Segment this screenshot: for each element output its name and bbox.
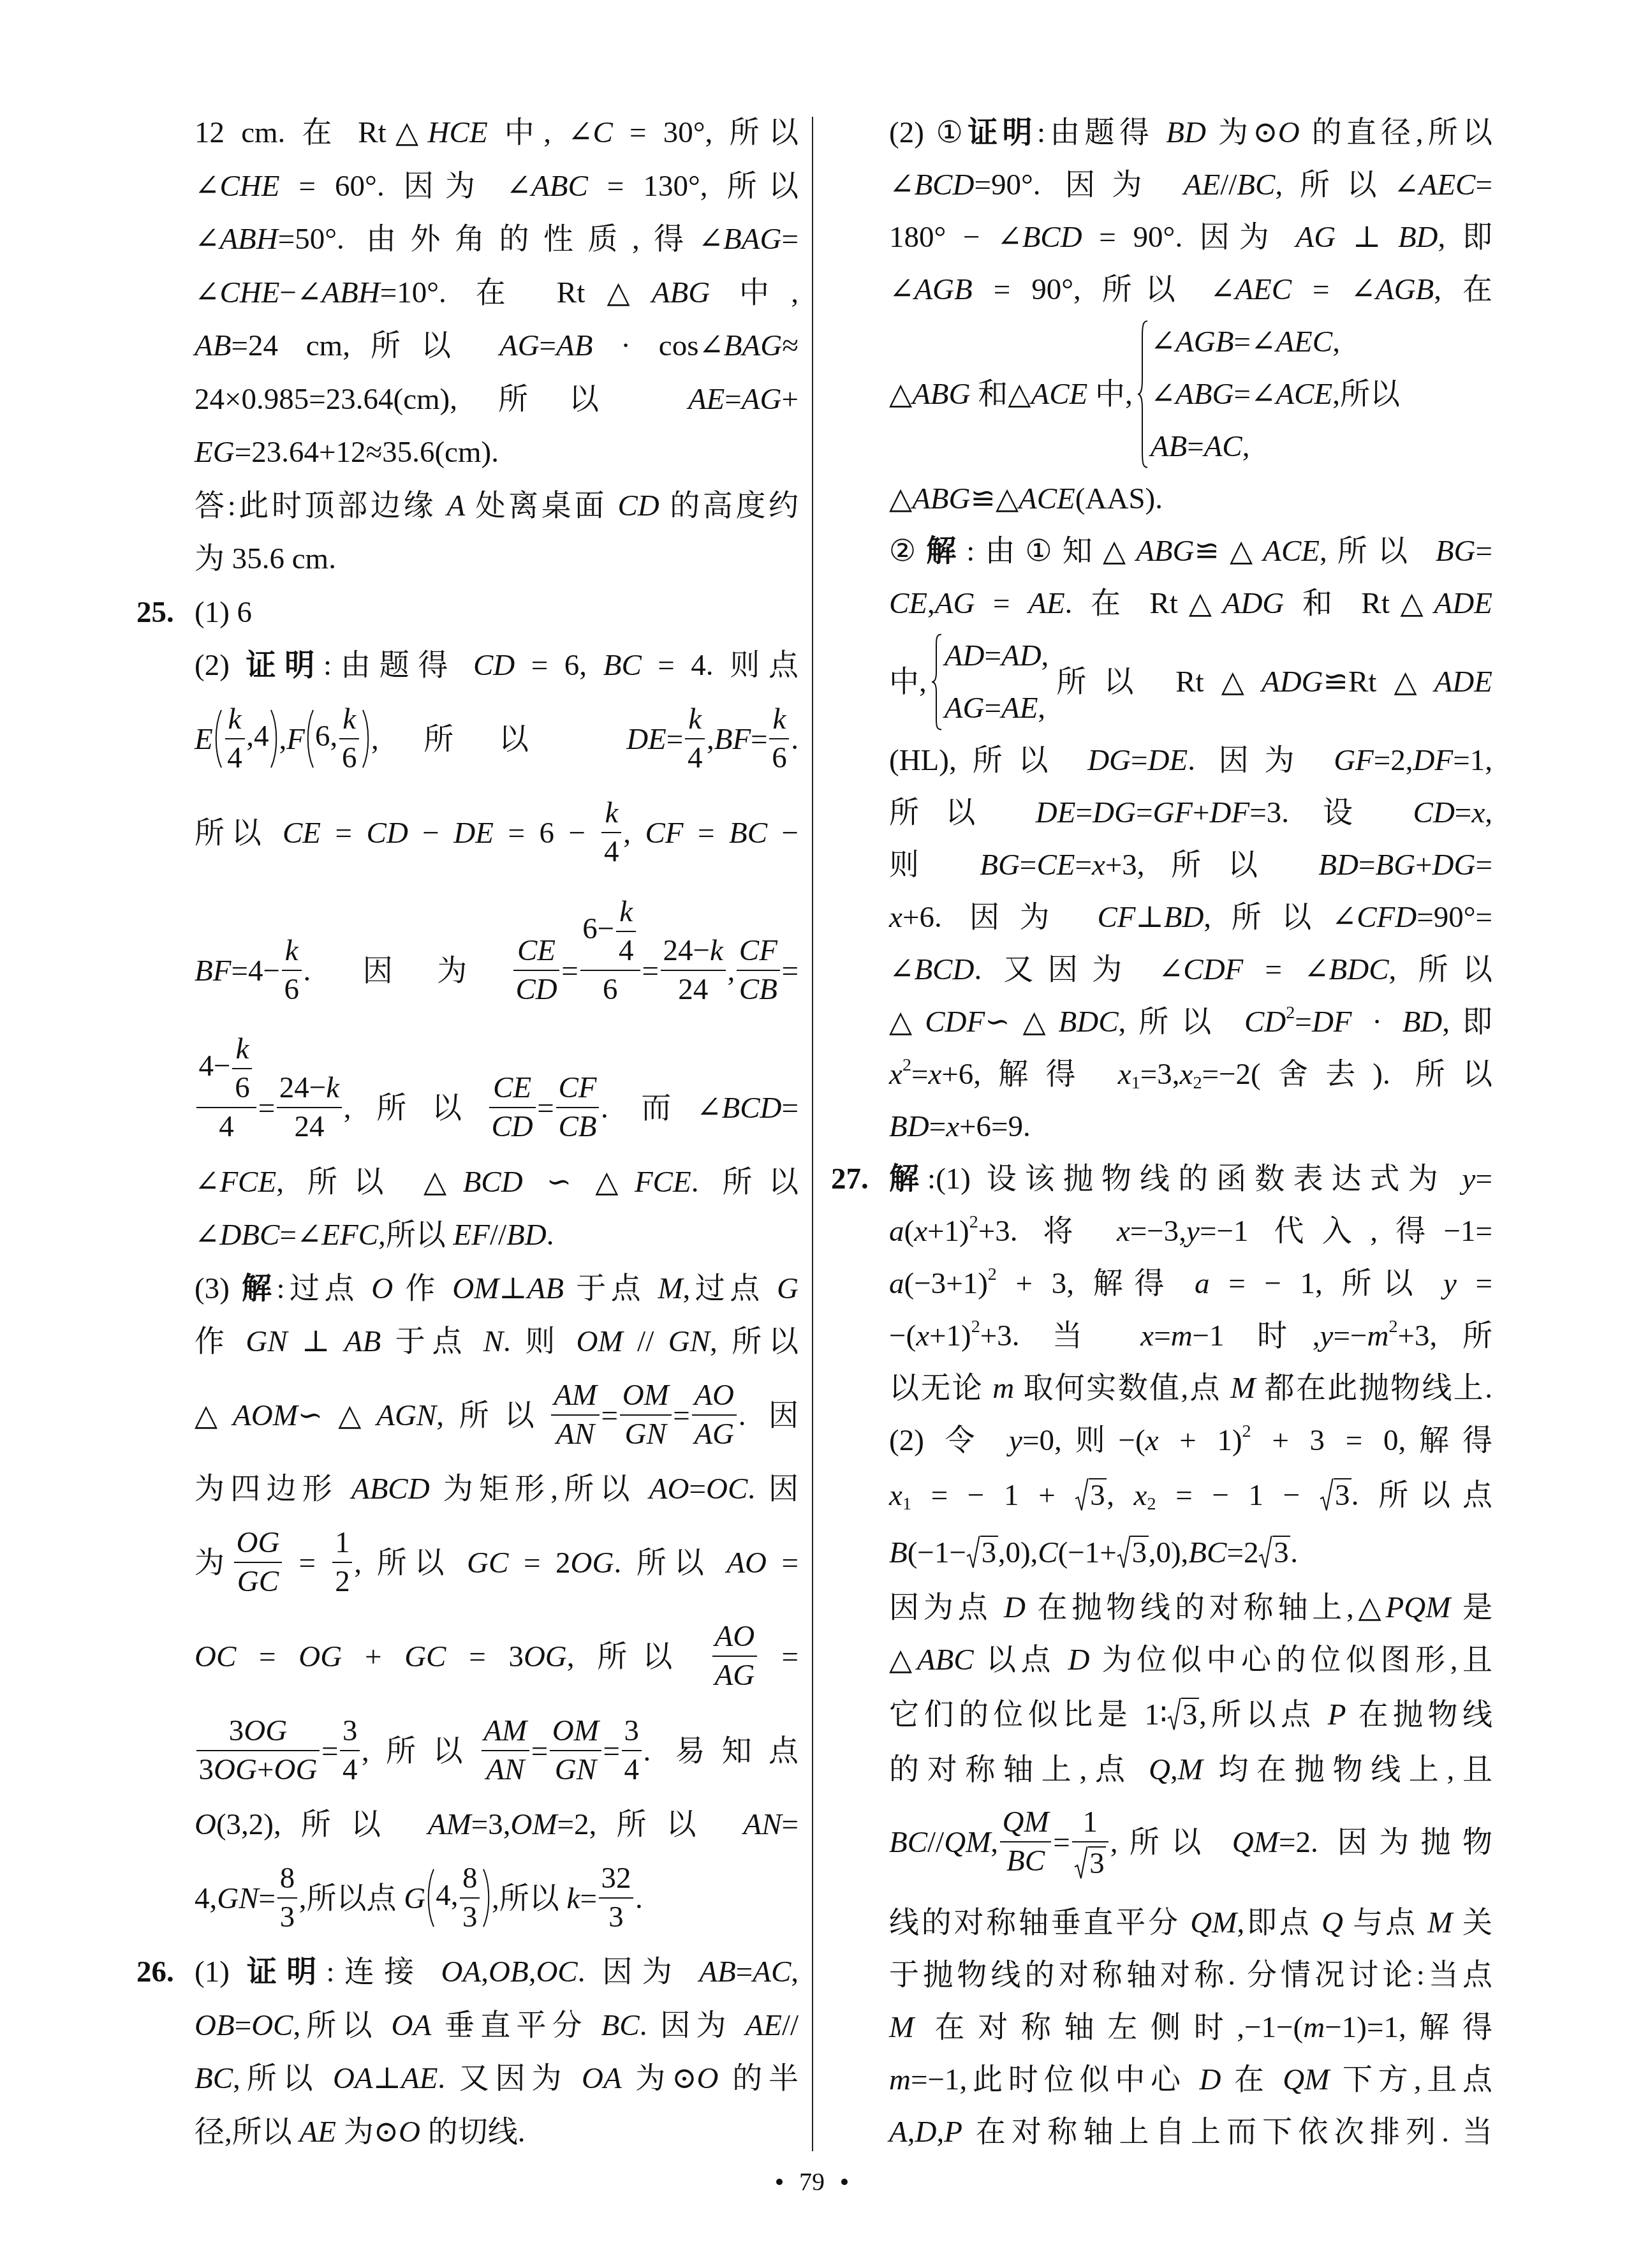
text-run: 线的对称轴垂直平分 <box>889 1906 1190 1939</box>
text-run: = <box>1053 1826 1070 1859</box>
text-run: =2. 因为抛物 <box>1279 1826 1492 1859</box>
math-variable: AOM <box>233 1399 298 1432</box>
equation-system: 中,AD=AD,AG=AE,所以 Rt△ADG≌Rt△ADE <box>889 630 1492 734</box>
text-run: 3 <box>280 1901 295 1934</box>
math-variable: BCD <box>914 953 974 986</box>
text-line: 180° − ∠BCD = 90°. 因为 AG ⊥ BD, 即 <box>889 211 1492 263</box>
math-variable: CD <box>367 817 408 850</box>
fraction: 6−k46 <box>580 897 640 1005</box>
text-run: = ∠ <box>1243 953 1329 986</box>
left-brace-icon <box>931 634 943 730</box>
parenthesized-group: 6,k6 <box>305 704 371 773</box>
text-run: = <box>259 1882 276 1915</box>
text-run: = <box>1457 1267 1492 1300</box>
text-line: 4,GN=83,所以点 G4,83,所以 k=323. <box>195 1852 799 1946</box>
math-variable: OC <box>251 2009 293 2042</box>
math-variable: O <box>399 2116 420 2149</box>
text-run: = <box>642 954 659 988</box>
text-run: , 所以 △ <box>276 1166 462 1199</box>
text-line: x2=x+6,解得 x1=3,x2=−2(舍去). 所以 <box>889 1048 1492 1101</box>
fraction-numerator: 8 <box>460 1864 480 1897</box>
radical-sign-icon <box>1320 1478 1334 1511</box>
text-run: + <box>1193 796 1210 829</box>
math-variable: AD <box>945 639 985 672</box>
math-variable: CF <box>739 934 777 967</box>
radical-sign-icon <box>1074 1846 1088 1879</box>
math-variable: CDF <box>925 1005 985 1039</box>
text-run: = <box>580 1882 597 1915</box>
fraction-denominator: GN <box>552 1751 599 1785</box>
text-run: ,4 <box>246 720 269 753</box>
subscript: 2 <box>1193 1073 1202 1093</box>
math-variable: A <box>889 2116 908 2149</box>
text-run: + <box>1415 849 1432 882</box>
math-variable: ACE <box>1031 378 1087 411</box>
fraction: 34 <box>622 1716 642 1785</box>
fraction-denominator: AG <box>712 1657 757 1691</box>
text-run: 8 <box>280 1862 295 1895</box>
right-paren-icon <box>269 709 279 769</box>
text-run: ⊥ <box>373 2062 401 2095</box>
text-run: 在抛物线 <box>1346 1698 1492 1731</box>
superscript: 2 <box>902 1055 911 1075</box>
text-run: = <box>531 1735 548 1768</box>
fraction-numerator: OM <box>550 1716 601 1750</box>
fraction-denominator: 4 <box>601 833 621 867</box>
text-run: (2) ① <box>889 116 968 149</box>
text-run: // <box>490 1219 506 1252</box>
text-line: △ABC 以点 D 为位似中心的位似图形,且 <box>889 1634 1492 1686</box>
text-run: , <box>990 1826 998 1859</box>
math-variable: BG <box>980 849 1020 882</box>
text-run: 4 <box>688 741 703 775</box>
text-run: 下方,且点 <box>1329 2063 1492 2096</box>
text-run: =90°. 因为 <box>974 168 1183 202</box>
fraction-denominator: AN <box>554 1416 597 1449</box>
text-run: 6− <box>582 912 614 945</box>
math-variable: k <box>228 702 242 736</box>
text-run: (2) 令 <box>889 1424 1009 1457</box>
math-variable: CD <box>617 489 659 523</box>
text-run: ,所以∠ <box>1275 168 1418 202</box>
radical-sign-icon <box>1075 1478 1089 1511</box>
math-variable: AG <box>694 1418 734 1451</box>
text-line: (3) 解:过点 O 作 OM⊥AB 于点 M,过点 G <box>195 1263 799 1316</box>
math-variable: AB <box>344 1325 381 1358</box>
text-run: =24 cm,所以 <box>231 329 499 362</box>
text-run: 所以 Rt△ <box>1056 665 1262 699</box>
system-row: AB=AC, <box>1151 420 1400 473</box>
fraction-numerator: 1 <box>1080 1807 1100 1841</box>
text-line: Ek4,4,F6,k6,所以 DE=k4,BF=k6. <box>195 693 799 787</box>
fraction: 323 <box>599 1864 634 1932</box>
math-variable: k <box>235 1032 249 1065</box>
text-run: = ∠ <box>1292 273 1376 306</box>
text-run: = <box>236 1640 298 1673</box>
math-variable: BCD <box>1022 221 1082 254</box>
text-run: , <box>481 1955 489 1989</box>
text-run: 在对称轴左侧时,−1−( <box>914 2011 1303 2044</box>
math-variable: OA <box>441 1955 482 1989</box>
text-run: . 而∠ <box>601 1092 721 1125</box>
math-variable: ABG <box>652 276 710 309</box>
text-run: 24− <box>663 934 710 967</box>
fraction: OMGN <box>550 1716 601 1785</box>
system-lead-text: △ABG 和△ACE 中, <box>889 368 1133 420</box>
text-run: =2,所以 <box>557 1808 744 1841</box>
text-run: ∽ △ <box>523 1166 635 1199</box>
math-variable: AGB <box>1376 273 1434 306</box>
math-variable: m <box>992 1372 1014 1405</box>
math-variable: BC <box>603 649 642 682</box>
fraction-numerator: 8 <box>277 1864 297 1897</box>
text-run: ∠ <box>1151 378 1175 411</box>
text-line: 4−k64=24−k24,所以CECD=CFCB. 而∠BCD= <box>195 1018 799 1156</box>
text-run: 4, <box>195 1882 217 1915</box>
math-variable: D <box>915 2116 936 2149</box>
math-variable: GN <box>217 1882 258 1915</box>
text-run: :由①知△ <box>966 535 1136 568</box>
fraction-denominator: 3 <box>1072 1842 1108 1879</box>
math-variable: D <box>1199 2063 1221 2096</box>
text-run: =2, <box>1374 744 1413 777</box>
math-variable: BC <box>729 817 767 850</box>
radicand: 3 <box>1334 1478 1351 1511</box>
math-variable: AE <box>1028 587 1064 620</box>
text-run: // <box>927 1826 944 1859</box>
text-run: = <box>781 1092 799 1125</box>
text-line: 线的对称轴垂直平分 QM,即点 Q 与点 M 关 <box>889 1897 1492 1949</box>
parenthesized-group: 4,83 <box>425 1864 492 1932</box>
math-variable: BDC <box>1329 953 1389 986</box>
text-run: =0,则−( <box>1022 1424 1145 1457</box>
fraction-denominator: 4 <box>216 1108 236 1142</box>
text-line: 所以 CE = CD − DE = 6 − k4, CF = BC − <box>195 787 799 881</box>
text-line: 25.(1) 6 <box>195 586 799 640</box>
text-run: = <box>603 1735 620 1768</box>
text-line: CE,AG = AE. 在 Rt△ADG 和 Rt△ADE <box>889 577 1492 630</box>
text-run: =90°= <box>1417 901 1492 934</box>
math-variable: DF <box>1210 796 1250 829</box>
text-run: +1) <box>927 1215 969 1248</box>
math-variable: x <box>1471 796 1485 829</box>
text-run: (1) 6 <box>195 596 252 629</box>
text-run: 3 <box>342 1714 358 1747</box>
math-variable: BD <box>1398 221 1438 254</box>
fraction-denominator: 6 <box>600 971 620 1005</box>
text-run: =50°. 由外角的性质,得∠ <box>278 223 723 256</box>
fraction: 34 <box>340 1716 360 1785</box>
text-run: 中, ∠ <box>488 116 593 149</box>
text-run: = <box>1475 849 1492 882</box>
fraction-numerator: AO <box>692 1381 737 1414</box>
text-run: 于抛物线的对称轴对称. 分情况讨论:当点 <box>889 1959 1492 1992</box>
text-run: // <box>623 1325 668 1358</box>
text-run: . 在 Rt△ <box>1065 587 1223 620</box>
math-variable: x <box>889 1058 902 1091</box>
math-variable: BF <box>714 723 751 756</box>
math-variable: BDC <box>1059 1005 1119 1039</box>
fraction: 83 <box>277 1864 297 1932</box>
math-variable: x <box>946 1110 959 1143</box>
text-run: = 90°, 所以 ∠ <box>973 273 1235 306</box>
math-variable: ABH <box>321 276 379 309</box>
text-run: 3 <box>462 1901 478 1934</box>
math-variable: OM <box>552 1714 599 1747</box>
text-run: ∽△ <box>985 1005 1058 1039</box>
math-variable: M <box>889 2011 914 2044</box>
superscript: 2 <box>1388 1317 1397 1337</box>
text-run: (2) <box>195 649 246 682</box>
math-variable: OG <box>244 1714 287 1747</box>
square-root: 3 <box>1167 1698 1199 1731</box>
text-run: . 因为 <box>578 1955 700 1989</box>
superscript: 2 <box>1242 1421 1251 1441</box>
text-line: 于抛物线的对称轴对称. 分情况讨论:当点 <box>889 1949 1492 2001</box>
text-run: , 所以 <box>1389 953 1492 986</box>
radicand: 3 <box>1272 1536 1290 1569</box>
math-variable: a <box>889 1215 904 1248</box>
math-variable: x <box>1092 849 1105 882</box>
text-run: . 因 <box>739 1399 799 1432</box>
text-run: =3. 设 <box>1249 796 1413 829</box>
text-run: 3 <box>624 1714 640 1747</box>
text-run: 32 <box>601 1862 631 1895</box>
text-run: , <box>529 1955 536 1989</box>
page-number-dot-icon <box>776 2179 783 2185</box>
text-run: =10°. 在 Rt△ <box>380 276 652 309</box>
text-run: 因为点 <box>889 1591 1004 1624</box>
math-variable: P <box>944 2116 962 2149</box>
text-line: 为OGGC = 12, 所以 GC = 2OG. 所以 AO = <box>195 1516 799 1611</box>
math-variable: AO <box>649 1472 689 1506</box>
text-run: =3, <box>471 1808 511 1841</box>
math-variable: C <box>593 116 613 149</box>
text-run: . <box>547 1219 554 1252</box>
fraction-denominator: 6 <box>232 1069 252 1103</box>
text-run: ,所以 <box>362 1735 480 1768</box>
text-run: . 所以 <box>614 1546 726 1580</box>
math-variable: AO <box>694 1379 734 1412</box>
text-run: 径,所以 <box>195 2116 300 2149</box>
math-variable: x <box>889 1479 902 1512</box>
text-run: 24×0.985=23.64(cm),所以 <box>195 383 688 416</box>
text-run: , <box>707 723 714 756</box>
text-run: = <box>911 1058 929 1091</box>
text-run: 8 <box>462 1862 478 1895</box>
math-variable: ADE <box>1434 665 1492 699</box>
text-run: 的高度约 <box>659 489 799 523</box>
math-variable: CD <box>473 649 515 682</box>
text-line: a(x+1)2+3. 将 x=−3,y=−1 代入,得−1= <box>889 1205 1492 1257</box>
text-run: ,所以 <box>344 1092 487 1125</box>
text-run: =∠ <box>1233 325 1276 359</box>
fraction: 3OG3OG+OG <box>196 1716 320 1785</box>
math-variable: BC <box>1006 1844 1045 1878</box>
math-variable: GN <box>555 1753 596 1786</box>
text-run: . 因为 <box>640 2009 746 2042</box>
text-run: = <box>683 817 729 850</box>
text-line: (2) 证明:由题得 CD = 6, BC = 4. 则点 <box>195 639 799 693</box>
text-run: 中, <box>889 665 927 699</box>
math-variable: Q <box>1321 1906 1343 1939</box>
math-variable: BD <box>1402 1005 1443 1039</box>
text-run: = <box>1136 796 1153 829</box>
text-run: 中, <box>1087 378 1133 411</box>
math-variable: ABC <box>531 170 588 203</box>
math-variable: OM <box>452 1272 499 1305</box>
math-variable: CHE <box>219 170 279 203</box>
text-run: = 90°. 因为 <box>1082 221 1296 254</box>
text-run: = 3 <box>446 1640 523 1673</box>
fraction: CFCB <box>556 1073 600 1142</box>
math-variable: OA <box>392 2009 432 2042</box>
text-run: = <box>537 1092 554 1125</box>
text-run: = <box>929 1110 946 1143</box>
text-run: 的对称轴上,点 <box>889 1753 1149 1786</box>
text-run: 3 <box>229 1714 244 1747</box>
math-variable: ABH <box>219 223 277 256</box>
text-run: 12 cm. 在 Rt△ <box>195 116 428 149</box>
text-line: BD=x+6=9. <box>889 1101 1492 1153</box>
text-run: 6, <box>315 720 337 753</box>
text-run: 作 <box>393 1272 452 1305</box>
math-variable: x <box>1118 1058 1131 1091</box>
math-variable: k <box>619 895 633 928</box>
text-line: AB=24 cm,所以 AG=AB · cos∠BAG≈ <box>195 320 799 373</box>
fraction: 24−k24 <box>661 936 726 1005</box>
math-variable: BC <box>195 2062 233 2095</box>
text-line: ②解:由①知△ABG≌△ACE,所以 BG= <box>889 525 1492 577</box>
math-variable: k <box>342 702 356 736</box>
fraction-numerator: CE <box>515 936 558 970</box>
text-run: +3. 将 <box>978 1215 1117 1248</box>
math-variable: ADE <box>1434 587 1492 620</box>
fraction: k6 <box>339 704 359 773</box>
math-variable: M <box>1178 1753 1203 1786</box>
math-variable: BD <box>889 1110 929 1143</box>
text-run: = 2 <box>508 1546 570 1580</box>
math-variable: A <box>446 489 465 523</box>
text-run: (AAS). <box>1075 482 1163 515</box>
math-variable: k <box>567 1882 580 1915</box>
math-variable: HCE <box>428 116 488 149</box>
fraction-denominator: 3 <box>460 1899 480 1932</box>
radicand: 3 <box>1181 1698 1199 1731</box>
fraction-numerator: 24−k <box>277 1073 342 1107</box>
text-line: ∠ABH=50°. 由外角的性质,得∠BAG= <box>195 213 799 267</box>
math-variable: DE <box>453 817 494 850</box>
math-variable: AM <box>428 1808 471 1841</box>
math-variable: AO <box>726 1546 767 1580</box>
text-run: // <box>1220 168 1237 202</box>
text-run: =−3, <box>1130 1215 1186 1248</box>
equation-system: △ABG 和△ACE 中,∠AGB=∠AEC,∠ABG=∠ACE,所以AB=AC… <box>889 316 1492 473</box>
math-variable: DE <box>626 723 666 756</box>
fraction-numerator: k <box>283 936 300 970</box>
math-variable: BD <box>1318 849 1358 882</box>
math-variable: OB <box>195 2009 235 2042</box>
text-run: (−1− <box>908 1536 966 1569</box>
math-variable: AEC <box>1276 325 1332 359</box>
fraction-numerator: k <box>617 897 635 931</box>
system-trailing-text: 所以 Rt△ADG≌Rt△ADE <box>1049 656 1492 708</box>
math-variable: GC <box>237 1565 279 1598</box>
text-line: 以无论 m 取何实数值,点 M 都在此抛物线上. <box>889 1362 1492 1414</box>
system-row: ∠ABG=∠ACE,所以 <box>1151 368 1400 420</box>
text-run: 4 <box>624 1753 640 1786</box>
math-variable: AE <box>401 2062 438 2095</box>
text-run: , <box>791 1955 799 1989</box>
fraction: k4 <box>225 704 245 773</box>
text-run: −∠ <box>279 276 321 309</box>
math-variable: AG <box>715 1659 755 1692</box>
text-run: 和△ <box>971 378 1031 411</box>
text-run: , <box>1485 796 1492 829</box>
fraction-numerator: 3OG <box>226 1716 290 1750</box>
math-variable: x <box>1140 1319 1154 1353</box>
text-run: + 3 = 0,解得 <box>1251 1424 1492 1457</box>
math-variable: P <box>1328 1698 1346 1731</box>
text-line: OB=OC,所以 OA 垂直平分 BC. 因为 AE// <box>195 1999 799 2053</box>
text-run: = 6, <box>515 649 603 682</box>
system-row: AG=AE, <box>945 682 1049 734</box>
problem-number: 26. <box>136 1946 174 1999</box>
text-line: 所以 DE=DG=GF+DF=3. 设 CD=x, <box>889 787 1492 839</box>
answer-keyword: 证明 <box>968 116 1037 149</box>
text-run: = <box>561 954 578 988</box>
math-variable: x <box>914 1215 927 1248</box>
math-variable: CE <box>517 934 556 967</box>
text-run: +1) <box>929 1319 971 1353</box>
subscript: 1 <box>1131 1073 1140 1093</box>
left-paren-icon <box>425 1868 436 1928</box>
text-run: // <box>782 2009 799 2042</box>
math-variable: AD <box>1001 639 1042 672</box>
math-variable: a <box>1195 1267 1210 1300</box>
text-run: . 所以 <box>691 1166 799 1199</box>
text-run: (3,2),所以 <box>216 1808 428 1841</box>
math-variable: k <box>773 702 786 736</box>
text-line: 为 35.6 cm. <box>195 533 799 586</box>
text-run: ,所以∠ <box>1204 901 1357 934</box>
math-variable: QM <box>1283 2063 1329 2096</box>
text-line: ∠BCD. 又因为 ∠CDF = ∠BDC, 所以 <box>889 944 1492 996</box>
fraction: AMAN <box>482 1716 529 1785</box>
math-variable: QM <box>1003 1805 1049 1839</box>
math-variable: DBC <box>219 1219 279 1252</box>
text-line: (2) ①证明:由题得 BD 为⊙O 的直径,所以 <box>889 107 1492 159</box>
math-variable: G <box>404 1882 425 1915</box>
math-variable: y <box>1009 1424 1022 1457</box>
math-variable: y <box>1186 1215 1200 1248</box>
text-run: ∠ <box>889 273 914 306</box>
math-variable: BC <box>601 2009 640 2042</box>
text-run: +6,解得 <box>941 1058 1117 1091</box>
math-variable: AB <box>195 329 231 362</box>
math-variable: AB <box>699 1955 735 1989</box>
text-line: ∠AGB = 90°, 所以 ∠AEC = ∠AGB, 在 <box>889 263 1492 316</box>
math-variable: AB <box>1151 430 1187 463</box>
fraction-numerator: k <box>770 704 788 738</box>
text-run: =3, <box>1140 1058 1180 1091</box>
text-line: a(−3+1)2 + 3, 解得 a = − 1, 所以 y = <box>889 1257 1492 1310</box>
fraction-numerator: CF <box>737 936 780 970</box>
text-run: . <box>791 723 799 756</box>
math-variable: OB <box>489 1955 529 1989</box>
text-run: 3 <box>199 1753 214 1786</box>
math-variable: ACE <box>1276 378 1332 411</box>
